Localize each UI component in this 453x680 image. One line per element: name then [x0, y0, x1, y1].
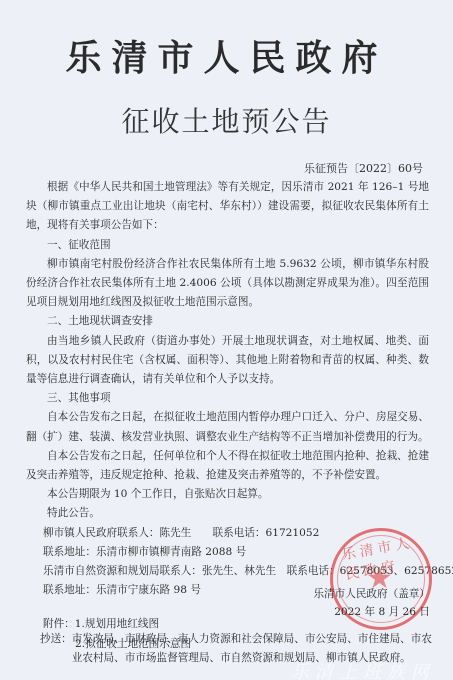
- section-paragraph: 自本公告发布之日起，在拟征收土地范围内暂停办理户口迁入、分户、房屋交易、翻（扩）…: [26, 408, 429, 446]
- intro-paragraph: 根据《中华人民共和国土地管理法》等有关规定，因乐清市 2021 年 126–1 …: [26, 178, 429, 236]
- issuer-heading: 乐清市人民政府: [0, 30, 453, 81]
- cc-label: 抄送：: [40, 630, 72, 668]
- signature-issuer: 乐清市人民政府（盖章）: [300, 585, 430, 603]
- section-paragraph: 由当地乡镇人民政府（街道办事处）开展土地现状调查，对土地权属、地类、面积，以及农…: [26, 332, 429, 390]
- section-paragraph: 自本公告发布之日起，任何单位和个人不得在拟征收土地范围内抢种、抢栽、抢建及突击养…: [26, 447, 429, 485]
- section-paragraph: 本公告期限为 10 个工作日，自张贴次日起算。: [26, 485, 429, 504]
- section-paragraph: 特此公告。: [26, 504, 429, 523]
- section-heading-other: 三、其他事项: [26, 389, 429, 408]
- document-number: 乐征预告〔2022〕60号: [304, 160, 423, 176]
- section-heading-survey: 二、土地现状调查安排: [26, 312, 429, 331]
- announcement-document: 乐清市人民政府 征收土地预公告 乐征预告〔2022〕60号 根据《中华人民共和国…: [0, 0, 453, 680]
- signature-date: 2022 年 8 月 26 日: [300, 603, 430, 621]
- document-title: 征收土地预公告: [0, 100, 453, 140]
- section-heading-scope: 一、征收范围: [26, 236, 429, 255]
- signature-block: 乐清市人民政府（盖章） 2022 年 8 月 26 日: [300, 585, 430, 621]
- watermark: 乐清上班族网: [291, 658, 435, 680]
- section-paragraph: 柳市镇南宅村股份经济合作社农民集体所有土地 5.9632 公顷，柳市镇华东村股份…: [26, 255, 429, 313]
